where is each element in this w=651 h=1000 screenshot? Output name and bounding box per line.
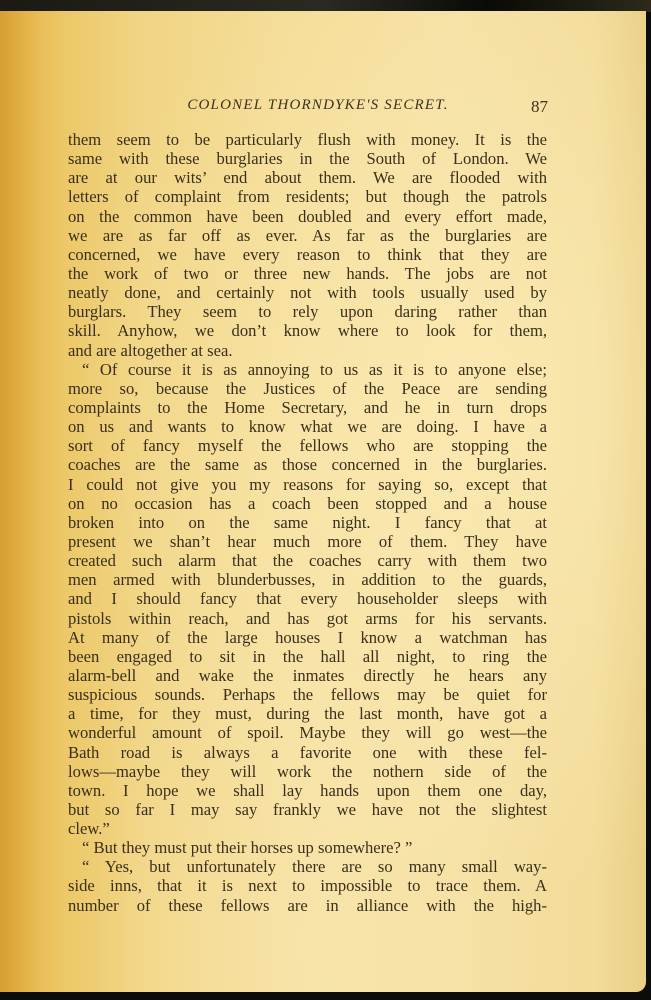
- text-line: I could not give you my reasons for sayi…: [68, 475, 547, 494]
- text-line: side inns, that it is next to impossible…: [68, 876, 547, 895]
- text-line: on no occasion has a coach been stopped …: [68, 494, 547, 513]
- text-line: neatly done, and certainly not with tool…: [68, 283, 547, 302]
- text-line: been engaged to sit in the hall all nigh…: [68, 647, 547, 666]
- text-line: and I should fancy that every householde…: [68, 589, 547, 608]
- text-line: pistols within reach, and has got arms f…: [68, 609, 547, 628]
- text-line: skill. Anyhow, we don’t know where to lo…: [68, 321, 547, 340]
- running-head-title: COLONEL THORNDYKE'S SECRET.: [68, 97, 548, 114]
- text-line: suspicious sounds. Perhaps the fellows m…: [68, 685, 547, 704]
- text-line: letters of complaint from residents; but…: [68, 187, 547, 206]
- text-line: created such alarm that the coaches carr…: [68, 551, 547, 570]
- text-line: Bath road is always a favorite one with …: [68, 743, 547, 762]
- text-line: town. I hope we shall lay hands upon the…: [68, 781, 547, 800]
- text-line: concerned, we have every reason to think…: [68, 245, 547, 264]
- text-line: complaints to the Home Secretary, and he…: [68, 398, 547, 417]
- text-line: sort of fancy myself the fellows who are…: [68, 436, 547, 455]
- text-line: “ But they must put their horses up some…: [68, 838, 547, 857]
- text-line: present we shan’t hear much more of them…: [68, 532, 547, 551]
- text-line: lows—maybe they will work the nothern si…: [68, 762, 547, 781]
- text-line: the work of two or three new hands. The …: [68, 264, 547, 283]
- text-line: number of these fellows are in alliance …: [68, 896, 547, 915]
- text-line: on the common have been doubled and ever…: [68, 207, 547, 226]
- text-line: At many of the large houses I know a wat…: [68, 628, 547, 647]
- text-line: a time, for they must, during the last m…: [68, 704, 547, 723]
- text-line: “ Yes, but unfortunately there are so ma…: [68, 857, 547, 876]
- running-head: COLONEL THORNDYKE'S SECRET. 87: [68, 97, 548, 117]
- text-line: broken into on the same night. I fancy t…: [68, 513, 547, 532]
- text-line: but so far I may say frankly we have not…: [68, 800, 547, 819]
- text-line: wonderful amount of spoil. Maybe they wi…: [68, 723, 547, 742]
- text-line: alarm-bell and wake the inmates directly…: [68, 666, 547, 685]
- text-line: “ Of course it is as annoying to us as i…: [68, 360, 547, 379]
- body-text: them seem to be particularly flush with …: [68, 130, 547, 915]
- text-line: same with these burglaries in the South …: [68, 149, 547, 168]
- text-line: we are as far off as ever. As far as the…: [68, 226, 547, 245]
- text-line: are at our wits’ end about them. We are …: [68, 168, 547, 187]
- page-number: 87: [531, 97, 548, 117]
- text-line: burglars. They seem to rely upon daring …: [68, 302, 547, 321]
- text-line: them seem to be particularly flush with …: [68, 130, 547, 149]
- text-line: coaches are the same as those concerned …: [68, 455, 547, 474]
- text-line: more so, because the Justices of the Pea…: [68, 379, 547, 398]
- scanned-book-page: COLONEL THORNDYKE'S SECRET. 87 them seem…: [0, 0, 651, 1000]
- text-line: and are altogether at sea.: [68, 341, 547, 360]
- text-line: men armed with blunderbusses, in additio…: [68, 570, 547, 589]
- spine-discoloration: [0, 11, 40, 992]
- text-line: clew.”: [68, 819, 547, 838]
- text-line: on us and wants to know what we are doin…: [68, 417, 547, 436]
